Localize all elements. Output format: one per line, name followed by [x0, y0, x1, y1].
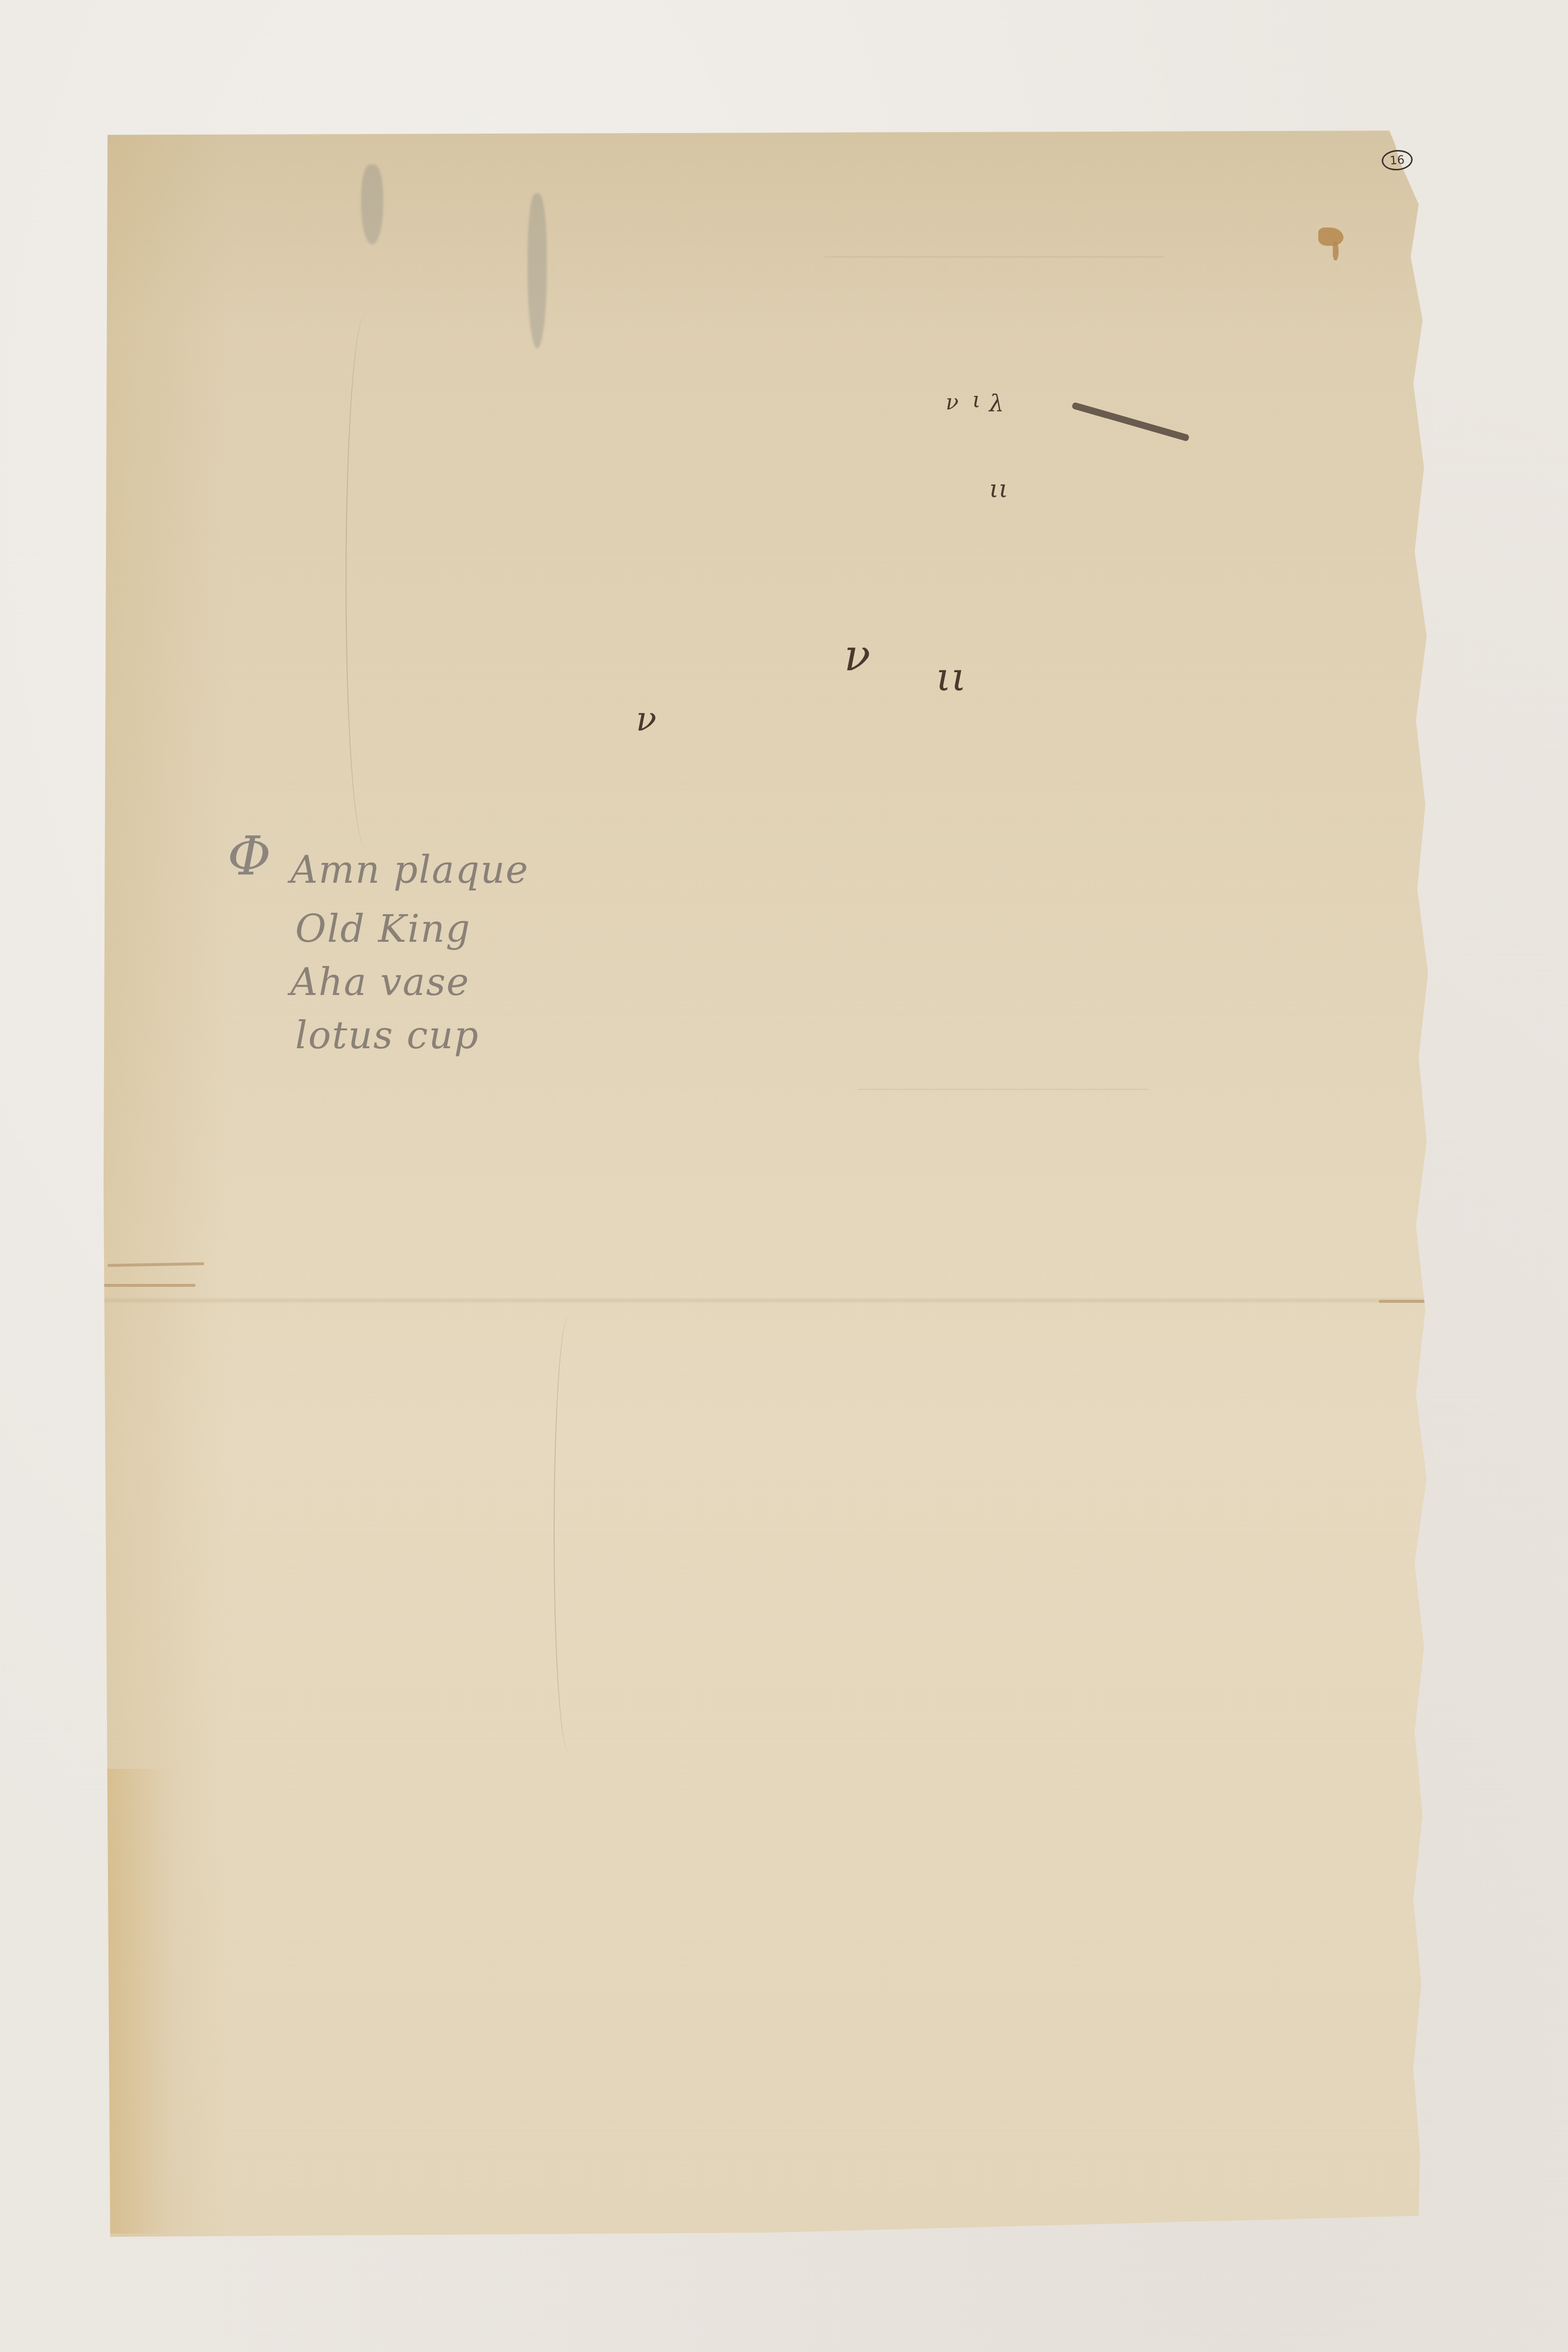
ink-mark: ιι — [936, 658, 966, 697]
pencil-curve-upper — [346, 315, 385, 847]
pencil-note-line: Aha vase — [290, 961, 470, 1004]
pencil-note-line: lotus cup — [295, 1014, 479, 1057]
tear-left-upper — [107, 1262, 204, 1266]
ink-mark: ν — [844, 634, 871, 678]
ink-mark: ι — [972, 390, 980, 411]
ink-mark: λ — [989, 392, 1004, 415]
pencil-note-line: Old King — [295, 907, 471, 951]
bleed-through-line — [825, 256, 1163, 257]
manuscript-sheet: ν ι λ ιι ν ιι ν — [104, 131, 1437, 2237]
ink-mark: ν — [946, 392, 959, 413]
horizontal-fold — [104, 1297, 1437, 1304]
ink-mark: ιι — [989, 477, 1008, 501]
pencil-curve-lower — [554, 1316, 584, 1752]
discoloration-band — [104, 1769, 171, 2233]
water-stain-right — [528, 194, 547, 348]
brown-stain — [1318, 227, 1343, 246]
pencil-note-line: Amn plaque — [290, 848, 529, 892]
brown-stain-drip — [1333, 241, 1339, 260]
ink-mark: ν — [636, 702, 657, 736]
ink-strike-stroke — [1071, 402, 1190, 441]
phi-symbol: Φ — [227, 825, 271, 887]
water-stain-left — [361, 165, 383, 244]
bleed-through-line — [859, 1089, 1149, 1090]
tear-left-lower — [104, 1284, 196, 1287]
